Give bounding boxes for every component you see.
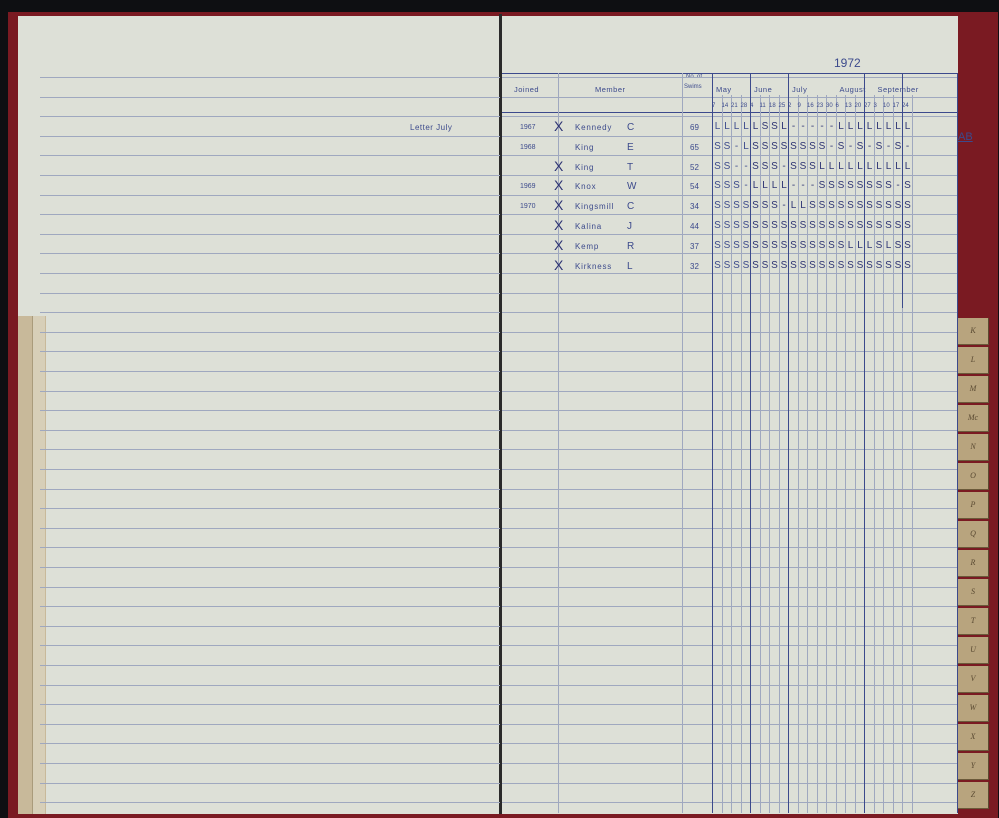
index-tab[interactable]: L: [958, 347, 989, 374]
ruled-line: [502, 528, 958, 529]
index-tab[interactable]: T: [958, 608, 989, 635]
ruled-line: [502, 195, 958, 196]
attendance-mark: S: [902, 260, 913, 271]
joined-year: 1969: [520, 183, 536, 190]
header-top-rule: [502, 73, 958, 74]
member-surname: Kirkness: [575, 262, 612, 271]
ruled-line: [40, 665, 500, 666]
member-surname: Kemp: [575, 242, 599, 251]
ruled-line: [40, 763, 500, 764]
member-surname: King: [575, 143, 594, 152]
day-header: 27: [864, 103, 871, 109]
ruled-line: [502, 253, 958, 254]
day-header: 23: [817, 103, 824, 109]
ruled-line: [40, 77, 500, 78]
swim-count: 54: [690, 182, 699, 191]
index-tab[interactable]: X: [958, 724, 989, 751]
ruled-line: [40, 253, 500, 254]
cross-mark: X: [554, 177, 563, 193]
ruled-line: [502, 351, 958, 352]
month-header: September: [878, 85, 919, 94]
ruled-line: [502, 783, 958, 784]
swim-count: 44: [690, 222, 699, 231]
member-surname: Knox: [575, 182, 596, 191]
member-initial: W: [627, 181, 636, 192]
ruled-line: [40, 489, 500, 490]
ruled-line: [40, 449, 500, 450]
attendance-mark: S: [902, 220, 913, 231]
day-header: 11: [760, 103, 766, 109]
index-tab[interactable]: K: [958, 318, 989, 345]
ruled-line: [502, 547, 958, 548]
day-header: 13: [845, 103, 852, 109]
swims-column-line: [682, 73, 683, 813]
index-tab[interactable]: Y: [958, 753, 989, 780]
day-header: 28: [741, 103, 748, 109]
swim-count: 34: [690, 202, 699, 211]
index-tab[interactable]: Z: [958, 782, 989, 809]
ruled-line: [502, 234, 958, 235]
ruled-line: [40, 410, 500, 411]
ruled-line: [40, 469, 500, 470]
month-header: July: [792, 85, 807, 94]
ruled-line: [40, 175, 500, 176]
cross-mark: X: [554, 237, 563, 253]
swim-count: 52: [690, 163, 699, 172]
ruled-line: [40, 685, 500, 686]
cross-mark: X: [554, 158, 563, 174]
ruled-line: [502, 371, 958, 372]
joined-header: Joined: [514, 85, 539, 94]
ruled-line: [502, 489, 958, 490]
ruled-line: [502, 410, 958, 411]
ruled-line: [502, 665, 958, 666]
index-tab[interactable]: R: [958, 550, 989, 577]
ruled-line: [40, 234, 500, 235]
ruled-line: [40, 802, 500, 803]
ruled-line: [502, 293, 958, 294]
ruled-line: [502, 97, 958, 98]
ruled-line: [40, 587, 500, 588]
day-header: 18: [769, 103, 776, 109]
ruled-line: [40, 567, 500, 568]
cross-mark: X: [554, 257, 563, 273]
ruled-line: [40, 743, 500, 744]
ruled-line: [502, 724, 958, 725]
ruled-line: [40, 645, 500, 646]
ruled-line: [40, 312, 500, 313]
member-surname: Kennedy: [575, 123, 612, 132]
ruled-line: [502, 606, 958, 607]
day-header: 9: [798, 103, 801, 109]
initials-note: AB: [958, 131, 973, 143]
day-header: 3: [874, 103, 877, 109]
swims-header-line2: Swims: [684, 84, 702, 90]
index-tab[interactable]: Mc: [958, 405, 989, 432]
ruled-line: [40, 97, 500, 98]
ruled-line: [502, 743, 958, 744]
ruled-line: [502, 508, 958, 509]
member-initial: C: [627, 201, 634, 212]
attendance-mark: -: [902, 141, 913, 152]
index-tab[interactable]: N: [958, 434, 989, 461]
ruled-line: [40, 293, 500, 294]
ruled-line: [40, 136, 500, 137]
margin-note: Letter July: [410, 123, 452, 132]
ruled-line: [502, 155, 958, 156]
day-header: 4: [750, 103, 753, 109]
ruled-line: [502, 312, 958, 313]
index-tab[interactable]: P: [958, 492, 989, 519]
year-heading: 1972: [834, 56, 861, 70]
ruled-line: [40, 430, 500, 431]
ruled-line: [40, 704, 500, 705]
ruled-line: [502, 449, 958, 450]
index-tab[interactable]: W: [958, 695, 989, 722]
ruled-line: [502, 175, 958, 176]
member-initial: R: [627, 241, 634, 252]
swim-count: 65: [690, 143, 699, 152]
member-initial: T: [627, 162, 633, 173]
ruled-line: [502, 704, 958, 705]
member-initial: E: [627, 142, 634, 153]
ruled-line: [40, 155, 500, 156]
ruled-line: [40, 606, 500, 607]
attendance-mark: L: [902, 161, 913, 172]
ruled-line: [40, 724, 500, 725]
member-surname: King: [575, 163, 594, 172]
ruled-line: [40, 371, 500, 372]
ruled-line: [40, 508, 500, 509]
joined-year: 1968: [520, 144, 536, 151]
ruled-line: [40, 547, 500, 548]
month-header: May: [716, 85, 732, 94]
header-bottom-rule: [502, 112, 958, 113]
ruled-line: [502, 430, 958, 431]
joined-year: 1967: [520, 124, 536, 131]
day-header: 14: [722, 103, 729, 109]
ruled-line: [502, 214, 958, 215]
cross-mark: X: [554, 197, 563, 213]
ruled-line: [502, 332, 958, 333]
index-tab[interactable]: M: [958, 376, 989, 403]
day-header: 17: [893, 103, 900, 109]
day-header: 25: [779, 103, 786, 109]
month-header: June: [754, 85, 772, 94]
index-tab[interactable]: Q: [958, 521, 989, 548]
ruled-line: [40, 626, 500, 627]
ruled-line: [502, 469, 958, 470]
day-header: 6: [836, 103, 839, 109]
day-header: 20: [855, 103, 862, 109]
index-tab[interactable]: S: [958, 579, 989, 606]
ruled-line: [40, 116, 500, 117]
attendance-mark: S: [902, 180, 913, 191]
member-initial: L: [627, 261, 633, 272]
ruled-line: [502, 802, 958, 803]
ruled-line: [502, 763, 958, 764]
swim-count: 69: [690, 123, 699, 132]
ruled-line: [502, 567, 958, 568]
day-header: 16: [807, 103, 814, 109]
ruled-line: [502, 136, 958, 137]
ruled-line: [502, 587, 958, 588]
member-surname: Kalina: [575, 222, 602, 231]
ruled-line: [502, 391, 958, 392]
ruled-line: [502, 645, 958, 646]
ruled-line: [40, 273, 500, 274]
book-gutter: [499, 14, 502, 814]
attendance-mark: S: [902, 200, 913, 211]
day-header: 21: [731, 103, 738, 109]
index-tab[interactable]: V: [958, 666, 989, 693]
index-tabs: KLMMcNOPQRSTUVWXYZ: [958, 318, 990, 813]
day-header: 30: [826, 103, 833, 109]
index-tab[interactable]: O: [958, 463, 989, 490]
ruled-line: [40, 351, 500, 352]
day-header: 2: [788, 103, 791, 109]
ruled-line: [502, 626, 958, 627]
attendance-mark: S: [902, 240, 913, 251]
ruled-line: [502, 273, 958, 274]
ruled-line: [40, 783, 500, 784]
swim-count: 32: [690, 262, 699, 271]
cross-mark: X: [554, 217, 563, 233]
ruled-line: [502, 77, 958, 78]
swim-count: 37: [690, 242, 699, 251]
ruled-line: [40, 528, 500, 529]
ruled-line: [502, 116, 958, 117]
index-tab[interactable]: U: [958, 637, 989, 664]
day-header: 7: [712, 103, 715, 109]
day-header: 10: [883, 103, 890, 109]
ruled-line: [40, 195, 500, 196]
member-surname: Kingsmill: [575, 202, 614, 211]
ruled-line: [40, 391, 500, 392]
ruled-line: [40, 332, 500, 333]
cross-mark: X: [554, 118, 563, 134]
day-header: 24: [902, 103, 909, 109]
month-divider: [957, 73, 958, 813]
ruled-line: [502, 685, 958, 686]
month-header: August: [840, 85, 866, 94]
member-initial: C: [627, 122, 634, 133]
attendance-mark: L: [902, 121, 913, 132]
joined-year: 1970: [520, 203, 536, 210]
member-header: Member: [595, 85, 626, 94]
ruled-line: [40, 214, 500, 215]
member-initial: J: [627, 221, 632, 232]
